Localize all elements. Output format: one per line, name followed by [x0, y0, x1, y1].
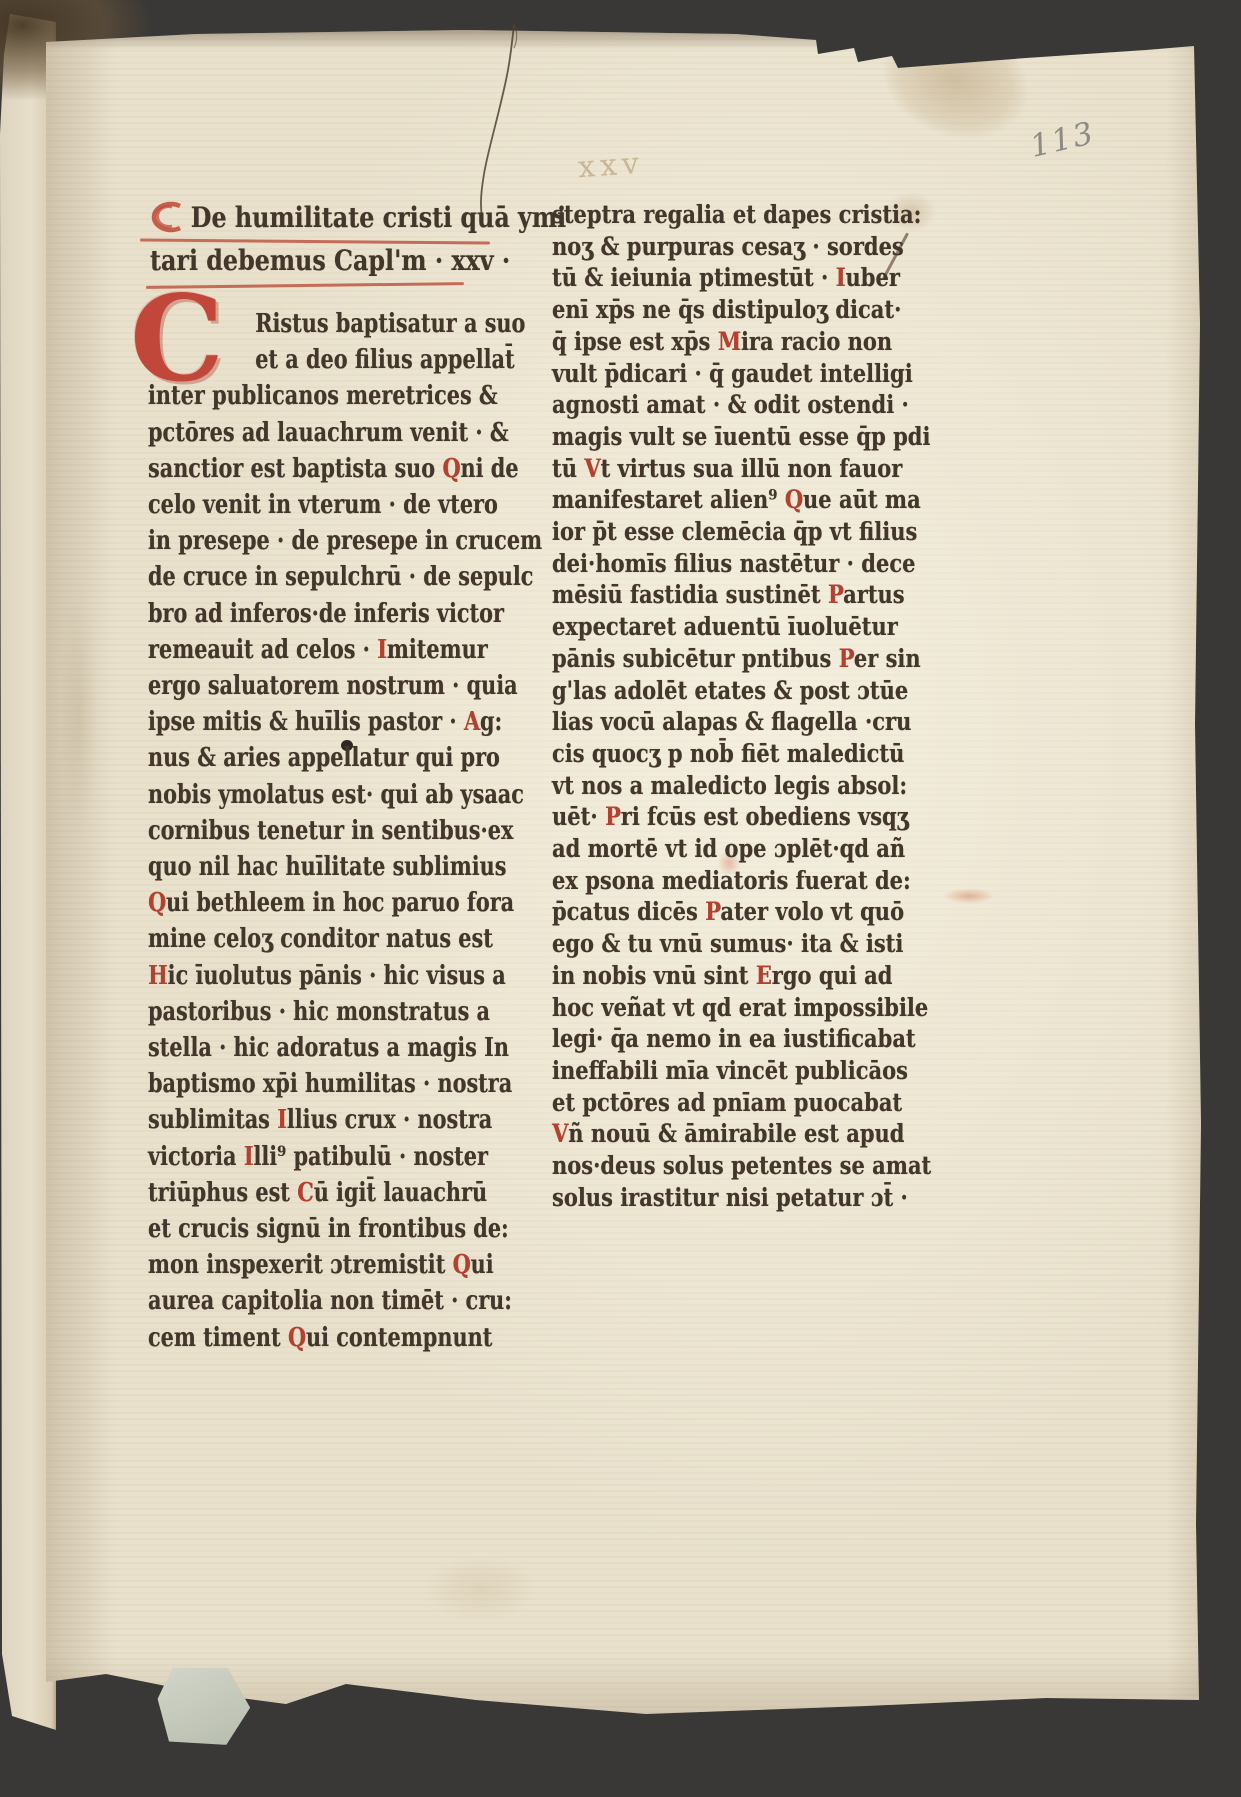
- top-edge-grime: [46, 24, 1206, 50]
- text-line: ego & tu vnū sumus· ita & isti: [552, 928, 931, 960]
- text-line: De humilitate cristi quā ymi: [150, 196, 566, 239]
- text-line: Qui bethleem in hoc paruo fora: [148, 885, 542, 921]
- text-line: agnosti amat · & odit ostendi ·: [552, 389, 931, 421]
- text-line: vult p̄dicari · q̄ gaudet intelligi: [552, 358, 931, 390]
- text-line: uēt· Pri fcūs est obediens vsqʒ: [552, 801, 931, 833]
- text-line: Hic īuolutus pānis · hic visus a: [148, 958, 542, 994]
- text-line: ipse mitis & huīlis pastor · Ag:: [148, 704, 542, 740]
- text-line: Vñ nouū & āmirabile est apud: [552, 1118, 931, 1150]
- text-line: tū & ieiunia ptimestūt · Iuber: [552, 262, 931, 294]
- text-line: triūphus est Cū igit̄ lauachrū: [148, 1175, 542, 1211]
- stain: [406, 1544, 556, 1634]
- text-line: sanctior est baptista suo Qni de: [148, 451, 542, 487]
- text-line: ineffabili mīa vincēt publicāos: [552, 1055, 931, 1087]
- text-line: in presepe · de presepe in crucem: [148, 523, 542, 559]
- text-line: enī xp̄s ne q̄s distipuloʒ dicat·: [552, 294, 931, 326]
- faint-chapter-mark: xxv: [577, 146, 645, 186]
- right-text-column: steptra regalia et dapes cristia:noʒ & p…: [552, 199, 931, 1214]
- text-line: magis vult se īuentū esse q̄p pdi: [552, 421, 931, 453]
- text-line: pānis subicētur pntibus Per sin: [552, 643, 931, 675]
- paper-crack: [468, 22, 538, 222]
- text-line: mon inspexerit ɔtremistit Qui: [148, 1247, 542, 1283]
- text-line: victoria Illi⁹ patibulū · noster: [148, 1139, 542, 1175]
- text-line: remeauit ad celos · Imitemur: [148, 632, 542, 668]
- stain: [54, 544, 104, 884]
- text-line: cis quocʒ p nob̄ fiēt maledictū: [552, 738, 931, 770]
- text-line: nus & aries appellatur qui pro: [148, 740, 542, 776]
- text-line: p̄catus dicēs Pater volo vt quō: [552, 896, 931, 928]
- text-line: steptra regalia et dapes cristia:: [552, 199, 931, 231]
- text-line: solus irastitur nisi petatur ɔt̄ ·: [552, 1182, 931, 1214]
- text-line: q̄ ipse est xp̄s Mira racio non: [552, 326, 931, 358]
- text-line: nobis ymolatus est· qui ab ysaac: [148, 777, 542, 813]
- text-line: ex psona mediatoris fuerat de:: [552, 865, 931, 897]
- text-line: stella · hic adoratus a magis In: [148, 1030, 542, 1066]
- left-text-column: Ristus baptisatur a suoet a deo filius a…: [148, 306, 542, 1356]
- text-line: quo nil hac huīlitate sublimius: [148, 849, 542, 885]
- text-line: ior p̄t esse clemēcia q̄p vt filius: [552, 516, 931, 548]
- text-line: mēsiū fastidia sustinēt Partus: [552, 579, 931, 611]
- text-line: ergo saluatorem nostrum · quia: [148, 668, 542, 704]
- text-line: lias vocū alapas & flagella ·cru: [552, 706, 931, 738]
- text-line: celo venit in vterum · de vtero: [148, 487, 542, 523]
- text-line: pastoribus · hic monstratus a: [148, 994, 542, 1030]
- text-line: de cruce in sepulchrū · de sepulc: [148, 559, 542, 595]
- book-scan: De humilitate cristi quā ymitari debemus…: [0, 0, 1241, 1797]
- text-line: inter publicanos meretrices &: [148, 378, 542, 414]
- text-line: bro ad inferos·de inferis victor: [148, 596, 542, 632]
- text-line: Ristus baptisatur a suo: [148, 306, 542, 342]
- text-line: dei·homīs filius nastētur · dece: [552, 548, 931, 580]
- text-line: in nobis vnū sint Ergo qui ad: [552, 960, 931, 992]
- text-line: tū Vt virtus sua illū non fauor: [552, 453, 931, 485]
- text-line: pctōres ad lauachrum venit · &: [148, 415, 542, 451]
- text-line: expectaret aduentū īuoluētur: [552, 611, 931, 643]
- text-line: cem timent Qui contempnunt: [148, 1320, 542, 1356]
- text-line: legi· q̄a nemo in ea iustificabat: [552, 1023, 931, 1055]
- text-line: mine celoʒ conditor natus est: [148, 921, 542, 957]
- text-line: hoc veñat vt qd erat impossibile: [552, 992, 931, 1024]
- text-line: g'las adolēt etates & post ɔtūe: [552, 675, 931, 707]
- text-line: vt nos a maledicto legis absol:: [552, 770, 931, 802]
- text-line: ad mortē vt id ope ɔplēt·qd añ: [552, 833, 931, 865]
- text-line: noʒ & purpuras cesaʒ · sordes: [552, 231, 931, 263]
- text-line: et pctōres ad pnīam puocabat: [552, 1087, 931, 1119]
- text-line: aurea capitolia non timēt · cru:: [148, 1283, 542, 1319]
- text-line: nos·deus solus petentes se amat: [552, 1150, 931, 1182]
- text-line: sublimitas Illius crux · nostra: [148, 1102, 542, 1138]
- text-line: baptismo xp̄i humilitas · nostra: [148, 1066, 542, 1102]
- text-line: cornibus tenetur in sentibus·ex: [148, 813, 542, 849]
- text-line: et a deo filius appellat̄: [148, 342, 542, 378]
- text-line: et crucis signū in frontibus de:: [148, 1211, 542, 1247]
- red-ink-smear: [936, 886, 1002, 906]
- text-line: manifestaret alien⁹ Que aūt ma: [552, 484, 931, 516]
